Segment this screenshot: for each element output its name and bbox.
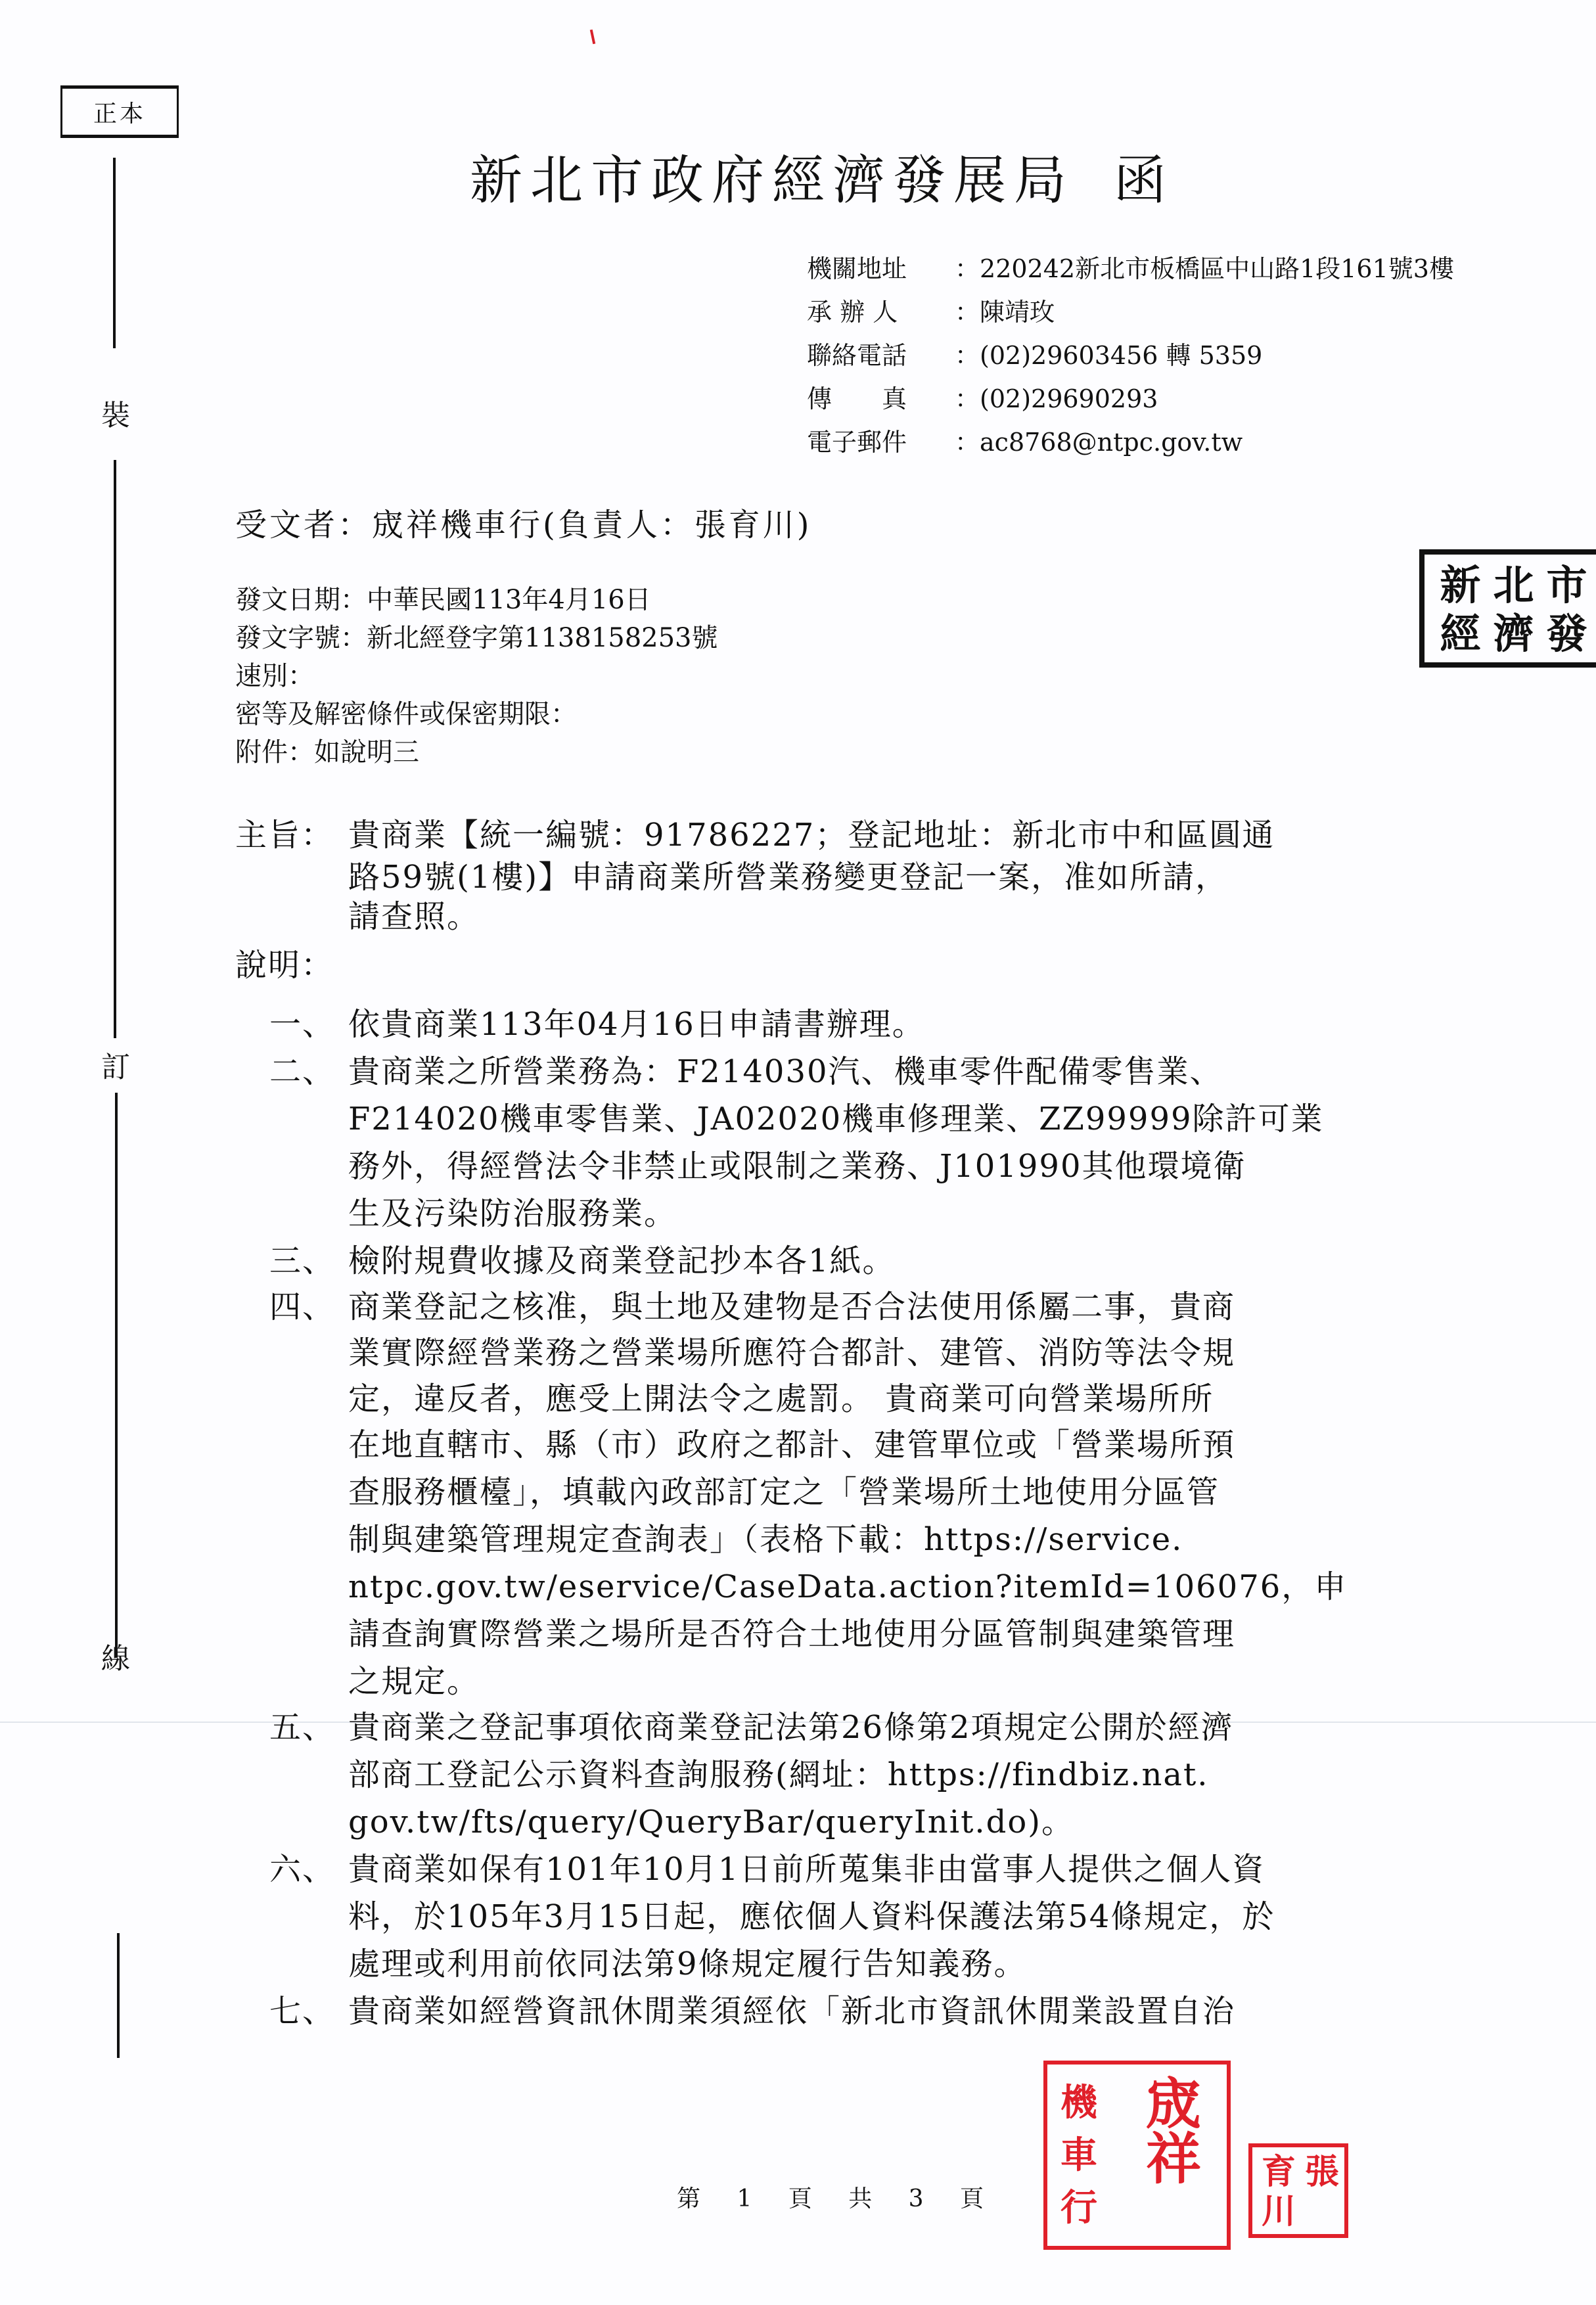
item-line: 之規定。 [348, 1656, 480, 1701]
binding-line-segment [115, 1093, 118, 1658]
item-line: 務外，得經營法令非禁止或限制之業務、J101990其他環境衛 [348, 1141, 1246, 1186]
owner-seal: 張 育 川 [1248, 2143, 1348, 2238]
item-line: 貴商業之登記事項依商業登記法第26條第2項規定公開於經濟 [348, 1702, 1234, 1747]
item-line: 業實際經營業務之營業場所應符合都計、建管、消防等法令規 [348, 1327, 1235, 1373]
issue-date-value: 中華民國113年4月16日 [367, 585, 651, 615]
recipient-value: 宬祥機車行(負責人：張育川) [372, 507, 811, 543]
item-line: ntpc.gov.tw/eservice/CaseData.action?ite… [348, 1561, 1347, 1607]
seal-char: 川 [1262, 2195, 1296, 2229]
seal-char: 宬 [1146, 2076, 1201, 2132]
item-line: 檢附規費收據及商業登記抄本各1紙。 [348, 1235, 896, 1281]
document-meta: 發文日期：中華民國113年4月16日 發文字號：新北經登字第1138158253… [235, 581, 718, 771]
email-link[interactable]: ac8768@ntpc.gov.tw [980, 428, 1243, 457]
subject-line: 請查照。 [348, 891, 480, 936]
item-line: 部商工登記公示資料查詢服務(網址：https://findbiz.nat. [348, 1749, 1209, 1794]
item-line: 查服務櫃檯」，填載內政部訂定之「營業場所土地使用分區管 [348, 1467, 1220, 1512]
seal-char: 發 [1540, 610, 1593, 658]
binding-line-segment [113, 158, 116, 348]
document-type: 函 [1114, 150, 1174, 211]
info-row-fax: 傳 真：(02)29690293 [807, 377, 1454, 421]
explanation-label: 說明： [235, 940, 334, 985]
item-line: 貴商業如保有101年10月1日前所蒐集非由當事人提供之個人資 [348, 1844, 1265, 1889]
seal-char: 祥 [1146, 2132, 1201, 2187]
item-line: 請查詢實際營業之場所是否符合土地使用分區管制與建築管理 [348, 1609, 1235, 1654]
item-line: 定，違反者，應受上開法令之處罰。 貴商業可向營業場所所 [348, 1373, 1214, 1419]
seal-char: 新 [1434, 561, 1487, 610]
original-copy-stamp: 正本 [60, 85, 179, 138]
company-seal: 宬 祥 機 車 行 [1043, 2061, 1231, 2250]
seal-char: 北 [1487, 561, 1540, 610]
info-row-address: 機關地址：220242新北市板橋區中山路1段161號3樓 [807, 247, 1454, 290]
item-line: gov.tw/fts/query/QueryBar/queryInit.do)。 [348, 1796, 1074, 1842]
item-line: 依貴商業113年04月16日申請書辦理。 [348, 999, 925, 1044]
binding-label-xian: 線 [96, 1635, 135, 1677]
seal-char: 市 [1540, 561, 1593, 610]
item-number: 二、 [269, 1046, 335, 1091]
info-row-handler: 承 辦 人：陳靖玫 [807, 290, 1454, 334]
item-line: 貴商業如經營資訊休閒業須經依「新北市資訊休閒業設置自治 [348, 1986, 1235, 2031]
recipient-label: 受文者： [235, 507, 372, 543]
document-number: 發文字號：新北經登字第1138158253號 [235, 619, 718, 657]
issue-date: 發文日期：中華民國113年4月16日 [235, 581, 718, 619]
fax-value: (02)29690293 [980, 384, 1158, 413]
item-line: 在地直轄市、縣（市）政府之都計、建管單位或「營業場所預 [348, 1419, 1235, 1465]
subject-line: 貴商業【統一編號：91786227；登記地址：新北市中和區圓通 [348, 810, 1275, 855]
phone-value: (02)29603456 轉 5359 [980, 341, 1262, 370]
subject-line: 路59號(1樓)】申請商業所營業務變更登記一案，准如所請， [348, 852, 1228, 897]
item-line: 商業登記之核准，與土地及建物是否合法使用係屬二事，貴商 [348, 1281, 1235, 1327]
document-title: 新北市政府經濟發展局函 [470, 138, 1174, 214]
subject-label: 主旨： [235, 810, 334, 855]
item-line: 生及污染防治服務業。 [348, 1188, 677, 1233]
item-line: 制與建築管理規定查詢表」（表格下載：https://service. [348, 1514, 1183, 1559]
info-row-email: 電子郵件：ac8768@ntpc.gov.tw [807, 421, 1454, 464]
binding-label-ding: 訂 [96, 1043, 135, 1085]
seal-char: 育 [1262, 2155, 1296, 2189]
binding-line-segment [117, 1933, 120, 2058]
item-number: 一、 [269, 999, 335, 1044]
attachment: 附件：如說明三 [235, 733, 718, 771]
item-number: 五、 [269, 1702, 335, 1747]
item-number: 三、 [269, 1235, 335, 1281]
page-indicator: 第 1 頁 共 3 頁 [677, 2180, 998, 2214]
document-number-value: 新北經登字第1138158253號 [367, 623, 718, 653]
item-line: 處理或利用前依同法第9條規定履行告知義務。 [348, 1938, 1027, 1984]
seal-char: 經 [1434, 610, 1487, 658]
item-number: 六、 [269, 1844, 335, 1889]
binding-line-segment [114, 460, 116, 1038]
agency-name: 新北市政府經濟發展局 [470, 150, 1074, 211]
seal-char: 行 [1060, 2189, 1097, 2242]
item-line: 貴商業之所營業務為：F214030汽、機車零件配備零售業、 [348, 1046, 1223, 1091]
secrecy-level: 密等及解密條件或保密期限： [235, 695, 718, 733]
seal-char: 張 [1305, 2155, 1339, 2189]
address-value: 220242新北市板橋區中山路1段161號3樓 [980, 254, 1454, 283]
binding-label-zhuang: 裝 [96, 392, 135, 434]
agency-seal: 新 北 市 經 濟 發 [1419, 549, 1596, 668]
seal-char: 機 [1060, 2084, 1097, 2137]
handler-value: 陳靖玫 [980, 298, 1055, 327]
info-row-phone: 聯絡電話：(02)29603456 轉 5359 [807, 334, 1454, 377]
seal-char: 濟 [1487, 610, 1540, 658]
attachment-value: 如說明三 [314, 737, 419, 767]
item-line: 料，於105年3月15日起，應依個人資料保護法第54條規定，於 [348, 1891, 1275, 1936]
seal-char: 車 [1060, 2137, 1097, 2189]
item-line: F214020機車零售業、JA02020機車修理業、ZZ99999除許可業 [348, 1093, 1324, 1139]
item-number: 七、 [269, 1986, 335, 2031]
speed-class: 速別： [235, 657, 718, 695]
contact-info: 機關地址：220242新北市板橋區中山路1段161號3樓 承 辦 人：陳靖玫 聯… [807, 247, 1454, 464]
item-number: 四、 [269, 1281, 335, 1327]
scan-mark [590, 30, 595, 44]
recipient: 受文者：宬祥機車行(負責人：張育川) [235, 499, 811, 545]
